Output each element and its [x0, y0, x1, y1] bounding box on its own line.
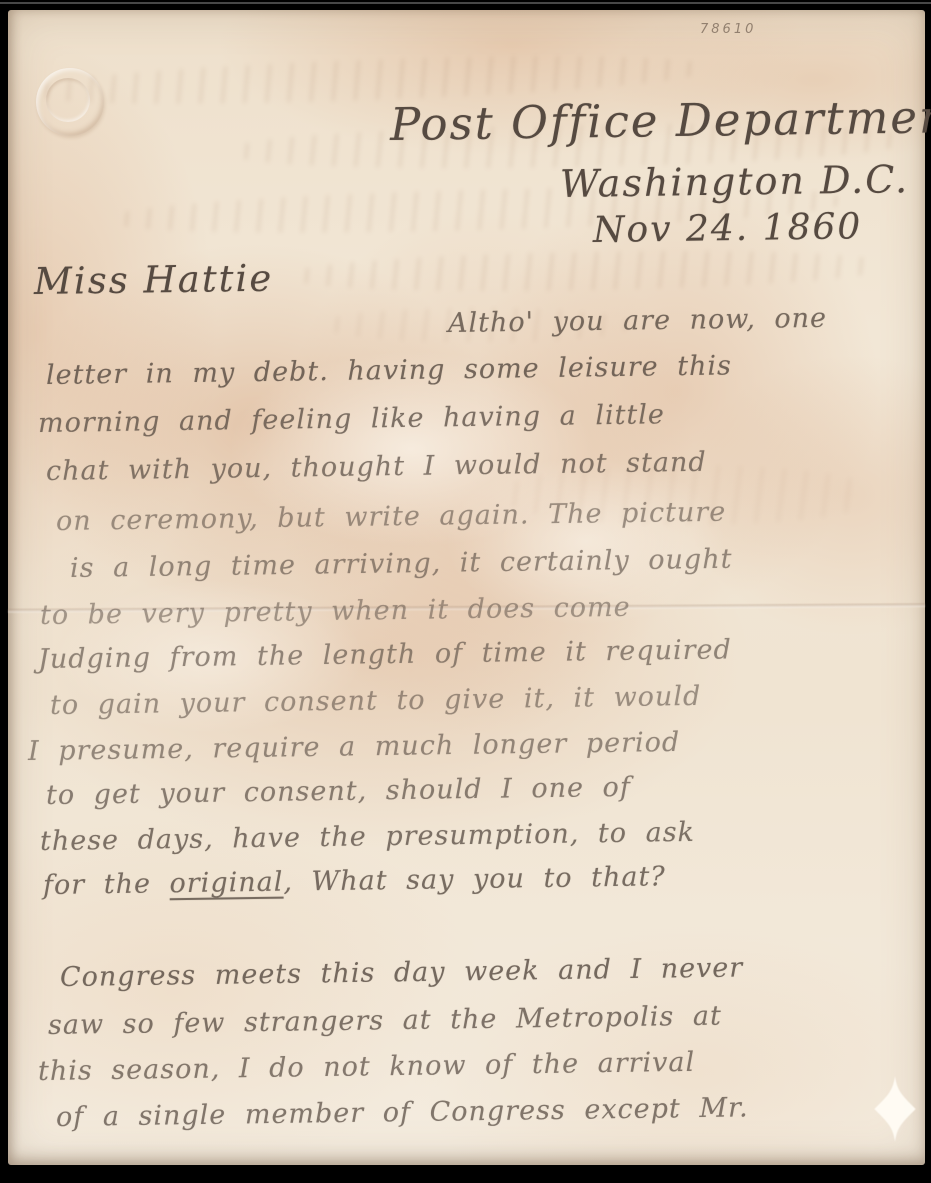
letter-line: Judging from the length of time it requi…	[38, 634, 732, 675]
letter-line-with-underline: for the original, What say you to that?	[43, 861, 666, 901]
letter-line: letter in my debt. having some leisure t…	[46, 350, 732, 391]
letter-line: of a single member of Congress except Mr…	[56, 1092, 749, 1133]
archive-number: 78610	[700, 22, 756, 37]
letter-line: is a long time arriving, it certainly ou…	[70, 544, 733, 584]
underlined-word: original	[169, 867, 283, 900]
letter-line: this season, I do not know of the arriva…	[38, 1047, 696, 1087]
letterhead-department: Post Office Department	[390, 90, 931, 151]
letter-line: I presume, require a much longer period	[28, 727, 681, 767]
letterhead-city: Washington D.C.	[560, 157, 910, 206]
letter-line: to be very pretty when it does come	[40, 592, 631, 631]
scan-frame-top-edge	[0, 2, 931, 4]
letter-line: on ceremony, but write again. The pictur…	[56, 497, 727, 537]
salutation: Miss Hattie	[34, 257, 274, 303]
scan-viewport: 78610 Post Office Department Washington …	[0, 0, 931, 1183]
line-post-text: , What say you to that?	[283, 861, 666, 897]
bleed-through-ghost	[298, 247, 879, 295]
letter-line: these days, have the presumption, to ask	[40, 817, 695, 857]
letterhead-date: Nov 24. 1860	[593, 206, 863, 251]
letter-line: to gain your consent to give it, it woul…	[50, 681, 702, 721]
letter-page: 78610 Post Office Department Washington …	[8, 10, 925, 1165]
letter-line: morning and feeling like having a little	[38, 399, 665, 439]
letter-line: Congress meets this day week and I never	[60, 952, 744, 993]
sparkle-icon	[874, 1076, 916, 1142]
letter-line: to get your consent, should I one of	[46, 772, 631, 811]
letter-line: Altho' you are now, one	[448, 303, 827, 339]
letter-line: saw so few strangers at the Metropolis a…	[48, 1001, 722, 1041]
line-pre-text: for the	[43, 868, 170, 901]
embossed-seal-icon	[36, 68, 104, 136]
